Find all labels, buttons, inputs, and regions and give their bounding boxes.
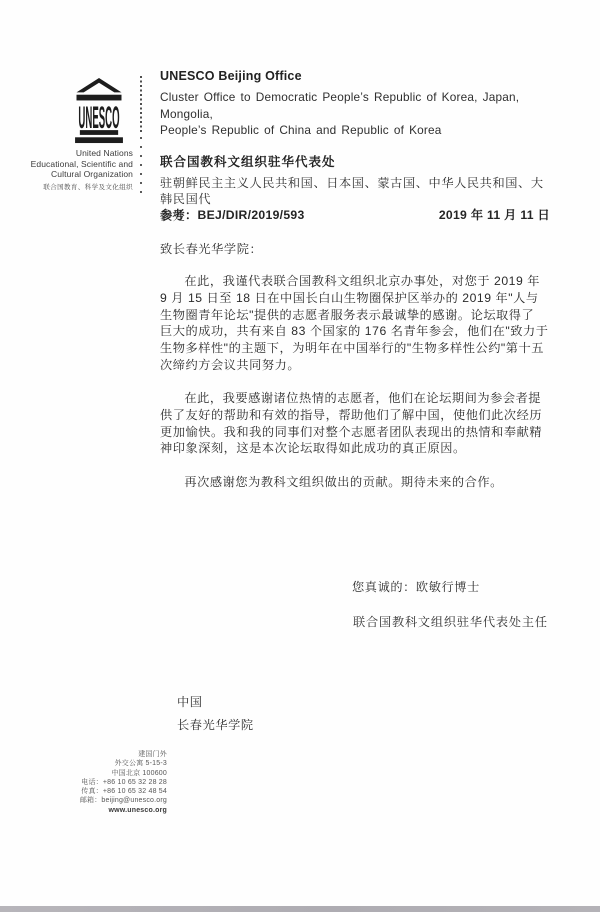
footer-website: www.unesco.org: [40, 806, 167, 815]
org-name-en: United Nations Educational, Scientific a…: [14, 148, 133, 180]
footer-address-line2: 外交公寓 5-15-3: [40, 759, 167, 768]
org-name-zh: 联合国教育、科学及文化组织: [14, 182, 133, 191]
letter-page: UNESCO United Nations Educational, Scien…: [0, 0, 600, 912]
divider-dots-sparse: [140, 137, 142, 199]
footer-address-line1: 建国门外: [40, 750, 167, 759]
scan-edge-bar: [0, 906, 600, 912]
salutation: 致长春光华学院：: [160, 240, 262, 257]
vertical-dotted-divider: [140, 76, 142, 199]
letter-date: 2019 年 11 月 11 日: [439, 206, 550, 223]
office-subtitle-en: Cluster Office to Democratic People’s Re…: [160, 89, 554, 139]
signoff-line: 您真诚的：欧敏行博士: [352, 578, 480, 595]
footer-contact-block: 建国门外 外交公寓 5-15-3 中国北京 100600 电话：+86 10 6…: [40, 750, 167, 815]
unesco-temple-icon: UNESCO: [75, 77, 123, 144]
reference-date-row: 参考：BEJ/DIR/2019/593 2019 年 11 月 11 日: [160, 206, 550, 223]
divider-dots-dense: [140, 76, 142, 134]
signer-title: 联合国教科文组织驻华代表处主任: [353, 613, 548, 630]
office-title-en: UNESCO Beijing Office: [160, 69, 554, 83]
footer-email: 邮箱：beijing@unesco.org: [40, 796, 167, 805]
recipient-country: 中国: [177, 691, 254, 714]
reference-number: 参考：BEJ/DIR/2019/593: [160, 206, 305, 223]
body-paragraph-1: 在此，我谨代表联合国教科文组织北京办事处，对您于 2019 年 9 月 15 日…: [160, 273, 557, 374]
body-paragraph-2: 在此，我要感谢诸位热情的志愿者，他们在论坛期间为参会者提 供了友好的帮助和有效的…: [160, 390, 557, 457]
body-paragraph-3: 再次感谢您为教科文组织做出的贡献。期待未来的合作。: [160, 474, 557, 491]
footer-fax: 传真：+86 10 65 32 48 54: [40, 787, 167, 796]
letterhead-office-block: UNESCO Beijing Office Cluster Office to …: [160, 69, 554, 225]
footer-phone: 电话：+86 10 65 32 28 28: [40, 778, 167, 787]
recipient-name: 长春光华学院: [177, 714, 254, 737]
recipient-address: 中国 长春光华学院: [177, 691, 254, 737]
footer-address-line3: 中国北京 100600: [40, 769, 167, 778]
office-title-zh: 联合国教科文组织驻华代表处: [160, 152, 554, 170]
